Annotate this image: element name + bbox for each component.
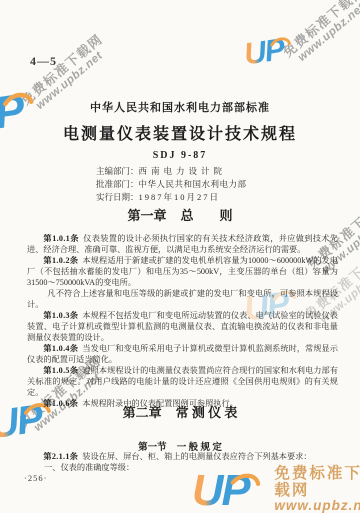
scanned-standard-page: 免费标准下载网 www.upbz.net 免费标准下载网 www.upbz.ne…	[0, 0, 360, 513]
clause-text: 一、仪表的准确度等级：	[44, 463, 134, 472]
chapter-title: 总 则	[181, 208, 233, 223]
body-paragraph: 第1.0.3条本规程不包括发电厂和变电所远动装置的仪表、电气试验室的试验仪表装置…	[27, 310, 338, 343]
info-label: 批准部门：	[96, 179, 139, 189]
up-logo-icon: U P	[192, 467, 269, 512]
info-value: 1987年10月27日	[139, 192, 221, 202]
page-number: ·256·	[24, 473, 47, 483]
info-value: 中华人民共和国水利电力部	[139, 179, 247, 189]
clause-text: 凡不符合上述容量和电压等级的新建或扩建的发电厂和变电所，可参照本规程设计。	[27, 289, 338, 309]
clause-number: 第1.0.2条	[43, 256, 78, 265]
watermark-site-name: 免费标准下载网	[274, 465, 360, 499]
standard-info-block: 主编部门：西南电力设计院 批准部门：中华人民共和国水利电力部 实行日期：1987…	[96, 165, 247, 204]
info-label: 实行日期：	[96, 192, 139, 202]
info-line-editor: 主编部门：西南电力设计院	[96, 165, 247, 178]
info-label: 主编部门：	[96, 166, 139, 176]
clause-number: 第2.1.1条	[43, 452, 78, 461]
body-paragraph: 第1.0.4条当发电厂和变电所采用电子计算机或微型计算机监测系统时，常规显示仪表…	[27, 343, 338, 365]
corner-mark: 4—5	[30, 54, 57, 69]
info-line-effective-date: 实行日期：1987年10月27日	[96, 191, 247, 204]
chapter-number: 第一章	[127, 208, 166, 223]
chapter1-body: 第1.0.1条仪表装置的设计必须执行国家的有关技术经济政策，并应做到技术先进、经…	[27, 233, 338, 409]
standard-code: SDJ 9-87	[0, 150, 360, 161]
chapter-title: 常 测 仪 表	[176, 405, 238, 420]
body-paragraph: 第2.1.1条装设在屏、屏台、柜、箱上的电测量仪表应符合下列基本要求：	[27, 451, 338, 462]
up-logo-icon: U P	[242, 30, 300, 69]
watermark-site-url: www.upbz.net	[274, 499, 360, 513]
info-line-approver: 批准部门：中华人民共和国水利电力部	[96, 178, 247, 191]
chapter-number: 第二章	[123, 405, 162, 420]
chapter1-heading: 第一章总 则	[0, 205, 360, 224]
standard-authority: 中华人民共和国水利电力部部标准	[0, 99, 360, 115]
clause-number: 第1.0.5条	[43, 366, 78, 375]
page-title: 电测量仪表装置设计技术规程	[0, 121, 360, 144]
clause-number: 第1.0.3条	[43, 311, 78, 320]
body-paragraph: 第1.0.2条本规程适用于新建或扩建的发电机单机容量为10000～600000k…	[27, 255, 338, 288]
body-paragraph: 第1.0.1条仪表装置的设计必须执行国家的有关技术经济政策，并应做到技术先进、经…	[27, 233, 338, 255]
info-value: 西南电力设计院	[139, 166, 227, 176]
site-brand-lockup: U P 免费标准下载网 www.upbz.net	[192, 465, 360, 513]
logo-letter-u: U	[192, 467, 225, 513]
body-paragraph: 第1.0.5条遵照本规程设计的电测量仪表装置尚应符合现行的国家和水利电力部有关标…	[27, 365, 338, 398]
chapter2-heading: 第二章常 测 仪 表	[0, 402, 360, 421]
body-paragraph: 凡不符合上述容量和电压等级的新建或扩建的发电厂和变电所，可参照本规程设计。	[27, 288, 338, 310]
clause-text: 装设在屏、屏台、柜、箱上的电测量仪表应符合下列基本要求：	[82, 452, 311, 461]
clause-number: 第1.0.1条	[43, 234, 79, 243]
clause-number: 第1.0.4条	[43, 344, 78, 353]
